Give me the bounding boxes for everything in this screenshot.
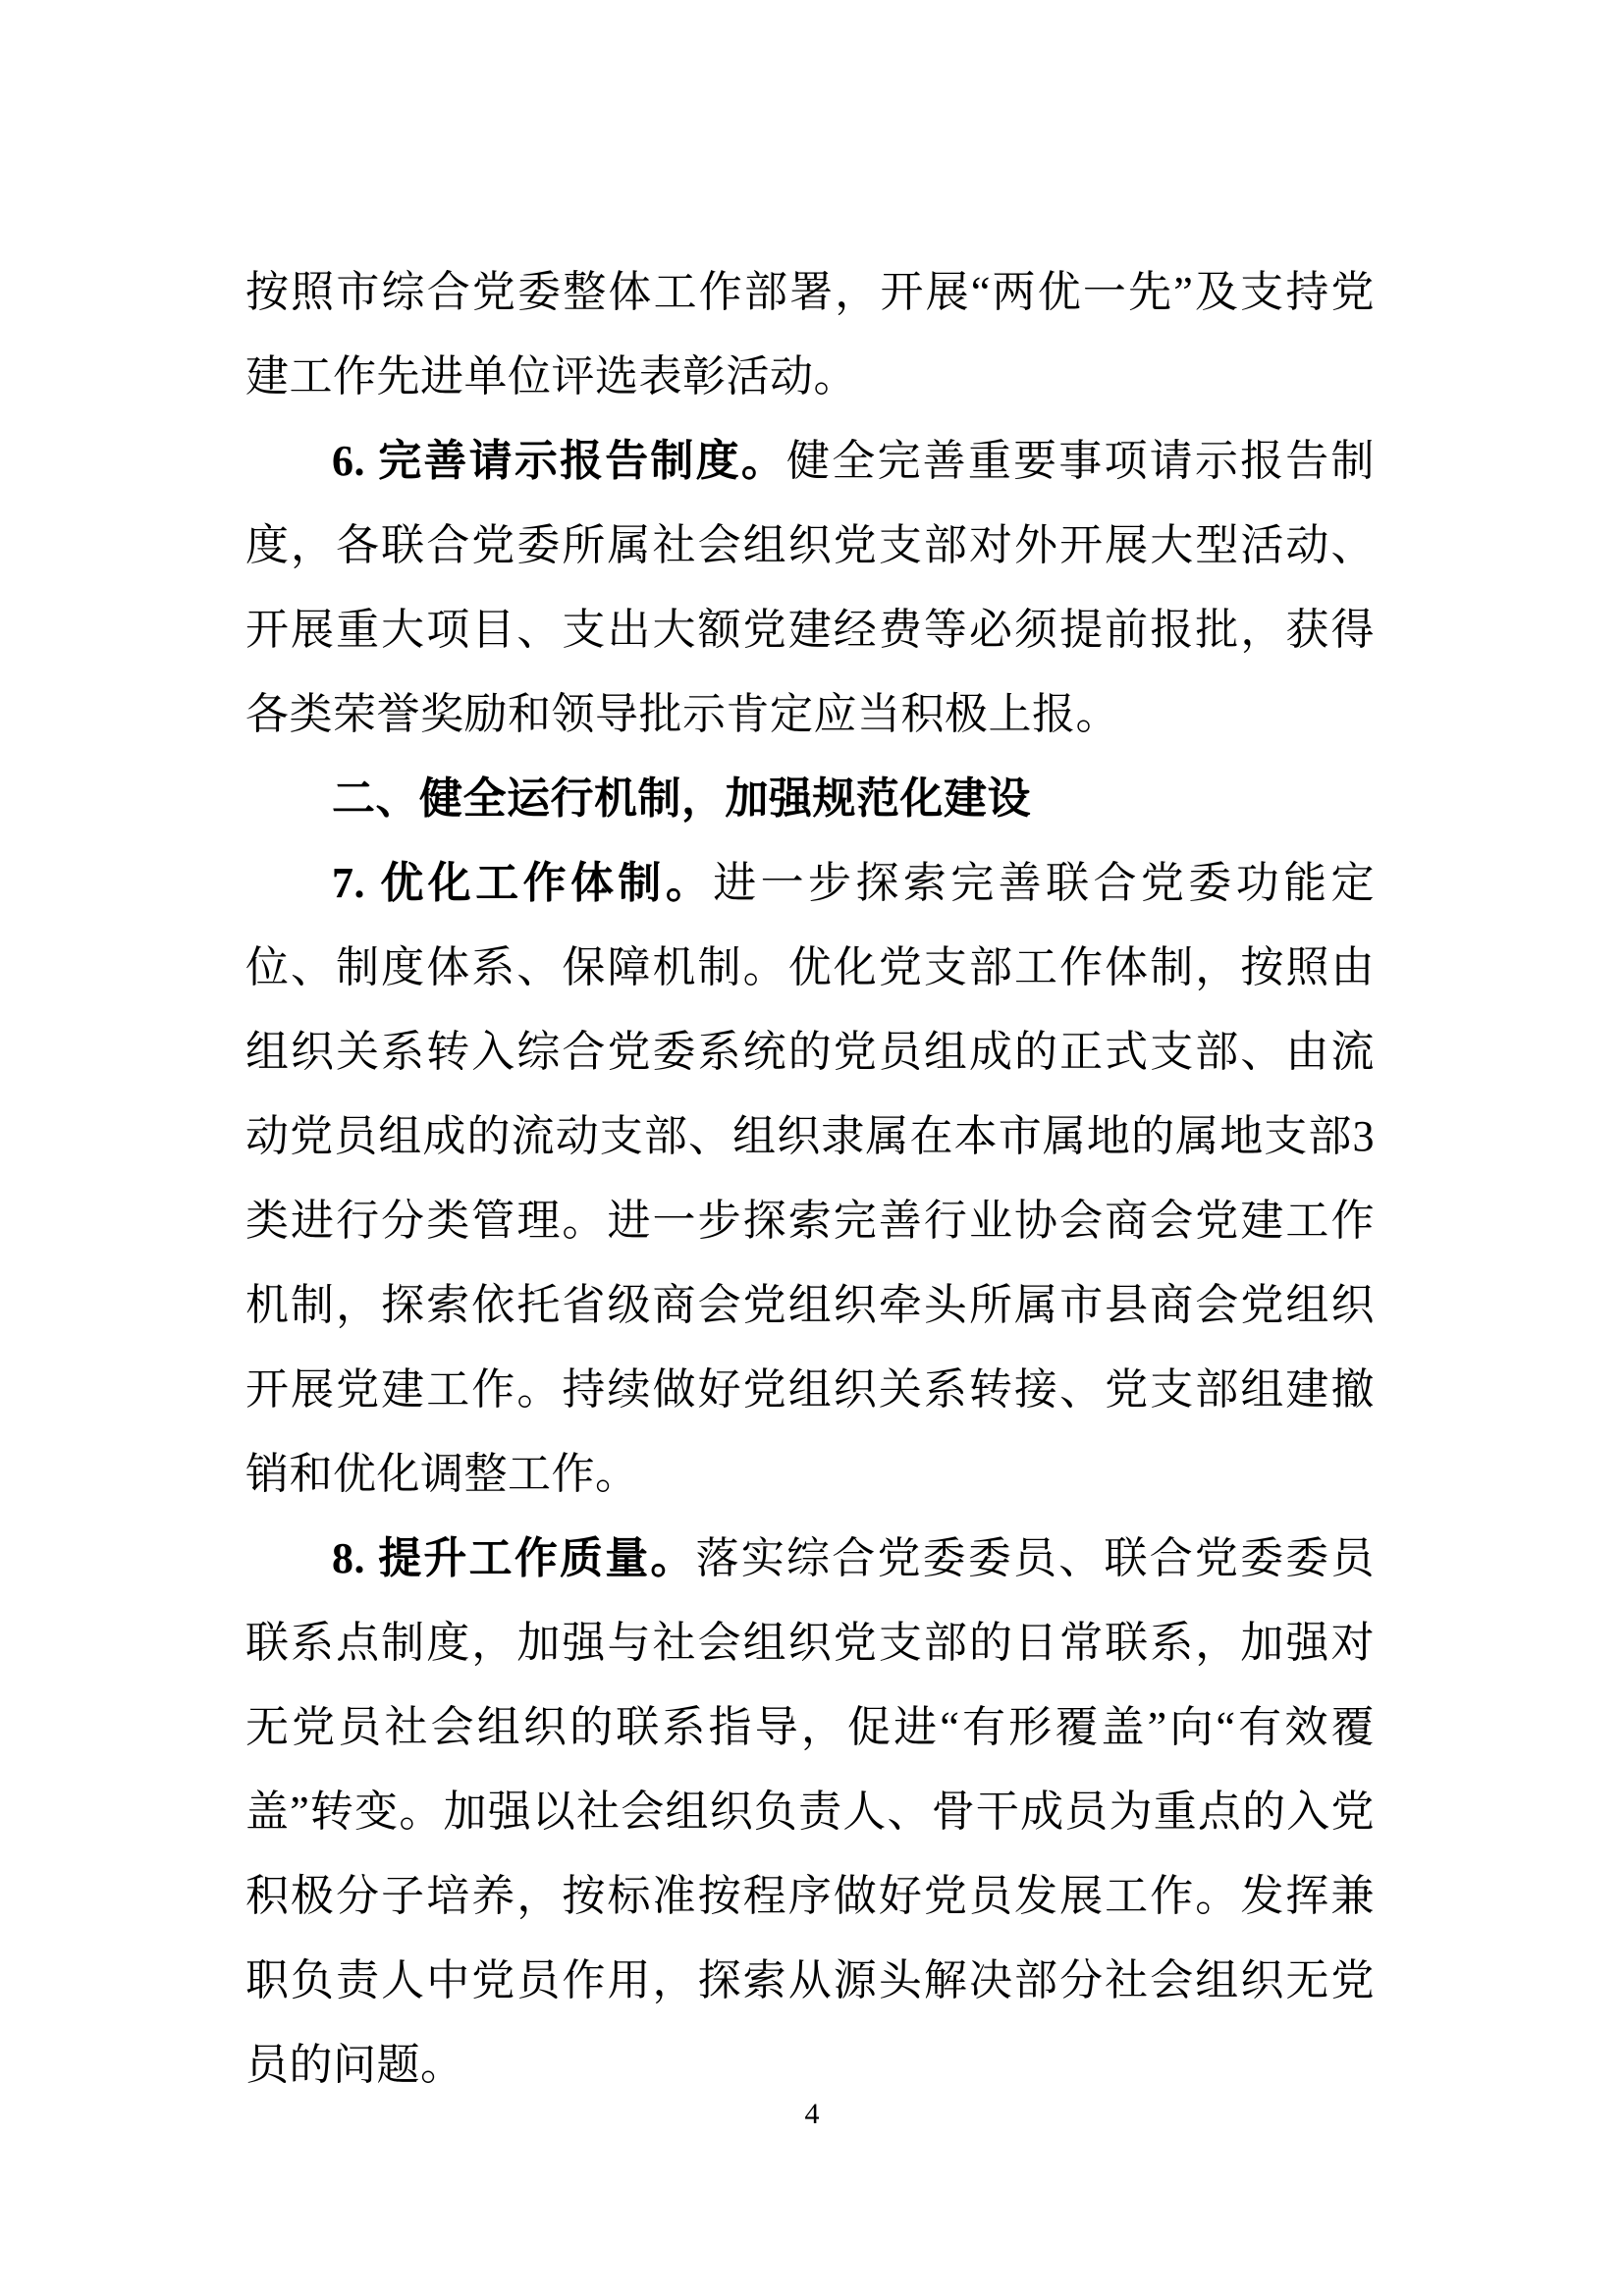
paragraph-item-8: 8. 提升工作质量。落实综合党委委员、联合党委委员联系点制度，加强与社会组织党支… <box>245 1517 1375 2108</box>
section-heading-2: 二、健全运行机制，加强规范化建设 <box>245 757 1375 841</box>
item-8-body: 落实综合党委委员、联合党委委员联系点制度，加强与社会组织党支部的日常联系，加强对… <box>245 1534 1375 2089</box>
paragraph-text: 按照市综合党委整体工作部署，开展“两优一先”及支持党建工作先进单位评选表彰活动。 <box>245 268 1375 400</box>
paragraph-continuation: 按照市综合党委整体工作部署，开展“两优一先”及支持党建工作先进单位评选表彰活动。 <box>245 250 1375 419</box>
item-8-lead: 8. 提升工作质量。 <box>332 1534 696 1582</box>
item-7-body: 进一步探索完善联合党委功能定位、制度体系、保障机制。优化党支部工作体制，按照由组… <box>245 859 1375 1498</box>
paragraph-item-6: 6. 完善请示报告制度。健全完善重要事项请示报告制度，各联合党委所属社会组织党支… <box>245 419 1375 757</box>
document-body: 按照市综合党委整体工作部署，开展“两优一先”及支持党建工作先进单位评选表彰活动。… <box>245 250 1375 2108</box>
paragraph-item-7: 7. 优化工作体制。进一步探索完善联合党委功能定位、制度体系、保障机制。优化党支… <box>245 841 1375 1517</box>
section-heading-text: 二、健全运行机制，加强规范化建设 <box>332 774 1031 823</box>
item-7-lead: 7. 优化工作体制。 <box>332 859 713 907</box>
document-page: 按照市综合党委整体工作部署，开展“两优一先”及支持党建工作先进单位评选表彰活动。… <box>0 0 1624 2296</box>
item-6-lead: 6. 完善请示报告制度。 <box>332 437 786 485</box>
page-number: 4 <box>0 2097 1624 2132</box>
